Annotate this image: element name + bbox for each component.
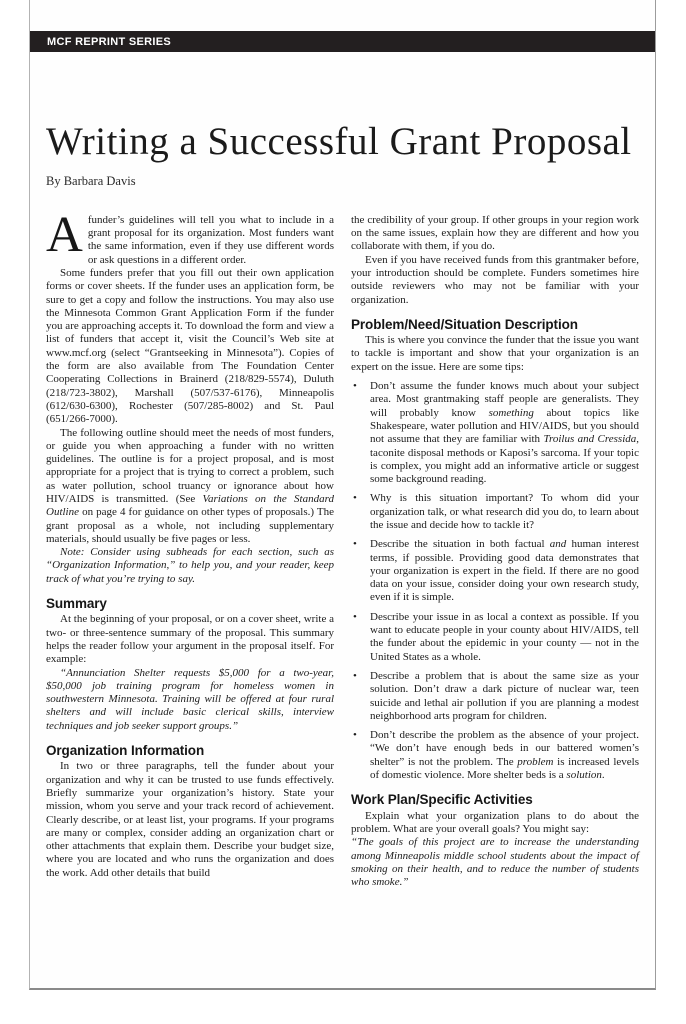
drop-cap: A — [46, 214, 88, 255]
bullet-item: •Describe the situation in both factual … — [351, 538, 639, 604]
bullet-item: •Describe a problem that is about the sa… — [351, 670, 639, 723]
page-content: Writing a Successful Grant Proposal By B… — [30, 122, 655, 889]
paragraph-application-forms: Some funders prefer that you fill out th… — [46, 267, 334, 427]
two-column-body: Afunder’s guidelines will tell you what … — [46, 214, 639, 890]
paragraph-goal-quote: “The goals of this project are to increa… — [351, 836, 639, 889]
bullet-marker: • — [353, 538, 357, 551]
section-heading-work-plan: Work Plan/Specific Activities — [351, 793, 639, 806]
paragraph-organization-info: In two or three paragraphs, tell the fun… — [46, 760, 334, 880]
right-column: the credibility of your group. If other … — [351, 214, 639, 890]
series-label: MCF REPRINT SERIES — [47, 36, 171, 48]
left-column: Afunder’s guidelines will tell you what … — [46, 214, 334, 890]
article-title: Writing a Successful Grant Proposal — [46, 122, 639, 162]
bullet-text: Why is this situation important? To whom… — [370, 492, 639, 531]
paragraph-note: Note: Consider using subheads for each s… — [46, 546, 334, 586]
paragraph-workplan-intro: Explain what your organization plans to … — [351, 810, 639, 837]
bullet-marker: • — [353, 492, 357, 505]
paragraph-outline: The following outline should meet the ne… — [46, 427, 334, 547]
bullet-text: Describe the situation in both factual a… — [370, 538, 639, 603]
paragraph-intro: Afunder’s guidelines will tell you what … — [46, 214, 334, 267]
paragraph-example-quote: “Annunciation Shelter requests $5,000 fo… — [46, 667, 334, 733]
bullet-text: Don’t describe the problem as the absenc… — [370, 729, 639, 781]
paragraph-problem-intro: This is where you convince the funder th… — [351, 334, 639, 374]
bullet-item: •Don’t assume the funder knows much abou… — [351, 380, 639, 486]
tips-bullet-list: •Don’t assume the funder knows much abou… — [351, 380, 639, 782]
bullet-item: •Describe your issue in as local a conte… — [351, 611, 639, 664]
bullet-item: •Why is this situation important? To who… — [351, 492, 639, 532]
section-heading-organization-information: Organization Information — [46, 744, 334, 757]
section-heading-summary: Summary — [46, 597, 334, 610]
bullet-text: Don’t assume the funder knows much about… — [370, 380, 639, 485]
article-byline: By Barbara Davis — [46, 174, 639, 189]
bullet-item: •Don’t describe the problem as the absen… — [351, 729, 639, 782]
bullet-marker: • — [353, 611, 357, 624]
section-heading-problem-need-situation: Problem/Need/Situation Description — [351, 318, 639, 331]
paragraph-received-funds: Even if you have received funds from thi… — [351, 254, 639, 307]
bullet-marker: • — [353, 729, 357, 742]
series-header-bar: MCF REPRINT SERIES — [30, 31, 655, 52]
bullet-text: Describe a problem that is about the sam… — [370, 670, 639, 722]
paragraph-credibility: the credibility of your group. If other … — [351, 214, 639, 254]
bullet-marker: • — [353, 380, 357, 393]
paragraph-summary: At the beginning of your proposal, or on… — [46, 613, 334, 666]
bullet-text: Describe your issue in as local a contex… — [370, 611, 639, 663]
document-page: MCF REPRINT SERIES Writing a Successful … — [29, 0, 656, 990]
bullet-marker: • — [353, 670, 357, 683]
paragraph-intro-text: funder’s guidelines will tell you what t… — [88, 214, 334, 266]
